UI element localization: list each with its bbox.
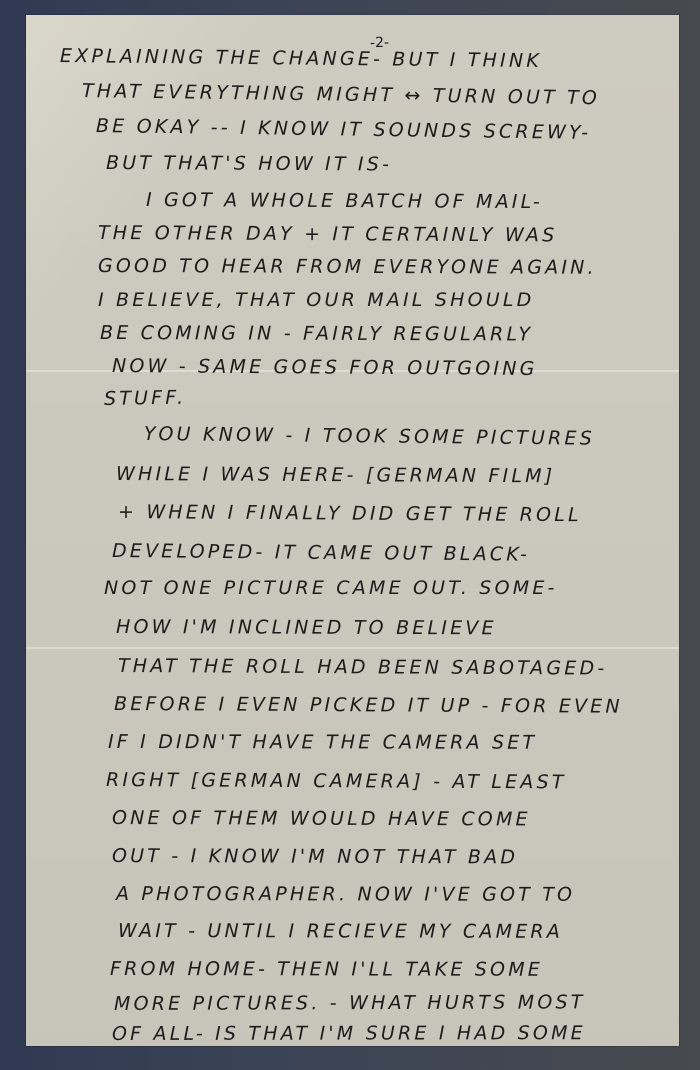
- letter-page: -2- EXPLAINING THE CHANGE- BUT I THINK T…: [26, 15, 679, 1046]
- letter-line: EXPLAINING THE CHANGE- BUT I THINK: [60, 45, 542, 72]
- letter-line: BE COMING IN - FAIRLY REGULARLY: [100, 322, 533, 346]
- letter-line: GOOD TO HEAR FROM EVERYONE AGAIN.: [98, 255, 597, 279]
- letter-line: WHILE I WAS HERE- [GERMAN FILM]: [116, 463, 556, 487]
- letter-line: FROM HOME- THEN I'LL TAKE SOME: [110, 958, 543, 981]
- letter-line: I GOT A WHOLE BATCH OF MAIL-: [146, 189, 543, 213]
- letter-line: THAT THE ROLL HAD BEEN SABOTAGED-: [118, 655, 608, 680]
- letter-line: NOT ONE PICTURE CAME OUT. SOME-: [104, 577, 558, 599]
- letter-line: THE OTHER DAY + IT CERTAINLY WAS: [98, 222, 557, 246]
- letter-line: THAT EVERYTHING MIGHT ↔ TURN OUT TO: [82, 80, 600, 109]
- letter-line: BUT THAT'S HOW IT IS-: [106, 152, 392, 175]
- letter-line: NOW - SAME GOES FOR OUTGOING: [112, 355, 538, 380]
- letter-line: I BELIEVE, THAT OUR MAIL SHOULD: [98, 289, 534, 311]
- letter-line: RIGHT [GERMAN CAMERA] - AT LEAST: [106, 769, 567, 793]
- letter-line: A PHOTOGRAPHER. NOW I'VE GOT TO: [116, 883, 575, 906]
- letter-line: OUT - I KNOW I'M NOT THAT BAD: [112, 845, 518, 868]
- letter-line: STUFF.: [104, 387, 187, 410]
- letter-line: + WHEN I FINALLY DID GET THE ROLL: [118, 501, 582, 526]
- letter-line: YOU KNOW - I TOOK SOME PICTURES: [144, 423, 595, 450]
- letter-line: HOW I'M INCLINED TO BELIEVE: [116, 616, 497, 639]
- letter-line: BEFORE I EVEN PICKED IT UP - FOR EVEN: [114, 693, 623, 718]
- letter-line: DEVELOPED- IT CAME OUT BLACK-: [112, 540, 530, 566]
- letter-line: BE OKAY -- I KNOW IT SOUNDS SCREWY-: [96, 115, 592, 144]
- letter-line: MORE PICTURES. - WHAT HURTS MOST: [114, 991, 586, 1015]
- letter-line: IF I DIDN'T HAVE THE CAMERA SET: [108, 731, 537, 754]
- letter-line: OF ALL- IS THAT I'M SURE I HAD SOME: [112, 1022, 586, 1045]
- letter-line: ONE OF THEM WOULD HAVE COME: [112, 807, 531, 830]
- letter-line: WAIT - UNTIL I RECIEVE MY CAMERA: [118, 920, 563, 943]
- paper-fold-line: [26, 647, 679, 649]
